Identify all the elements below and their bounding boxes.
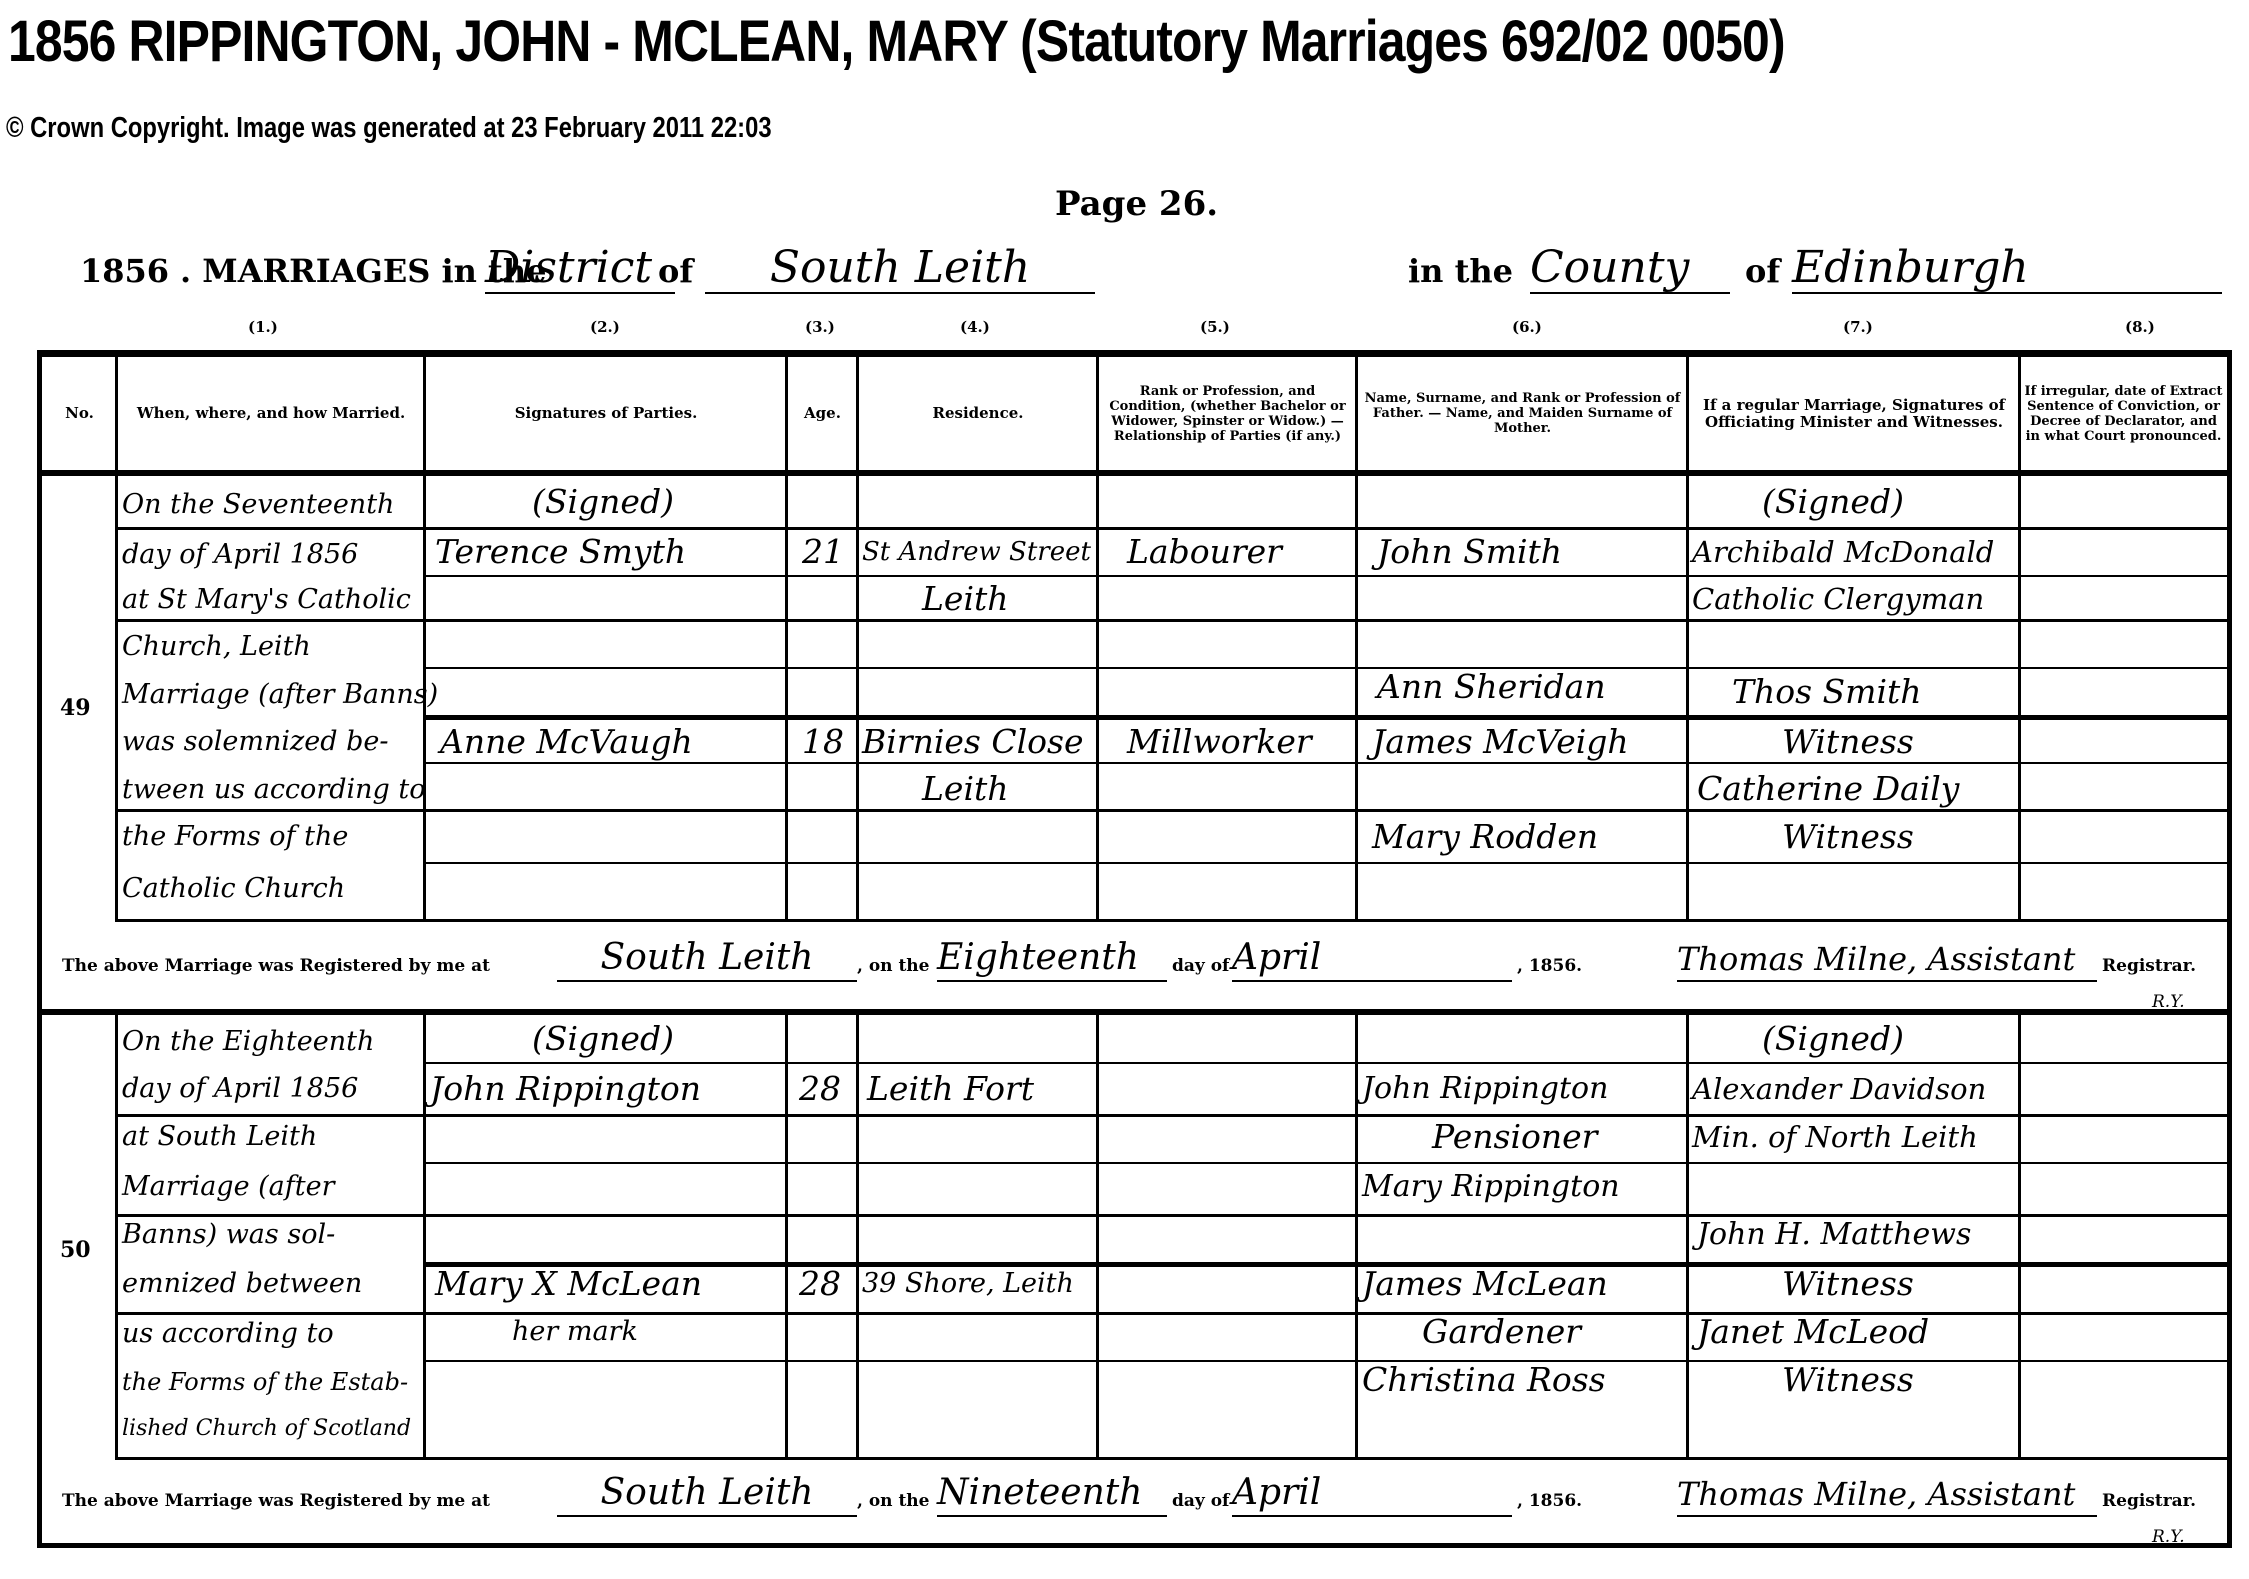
marriage-details-line: us according to	[122, 1314, 334, 1354]
registration-place: South Leith	[557, 1472, 857, 1517]
registration-month: April	[1232, 1472, 1512, 1517]
bride-father: James McLean	[1362, 1264, 1608, 1304]
minister-title: Min. of North Leith	[1692, 1117, 1978, 1157]
marriage-details-line: Marriage (after Banns)	[122, 675, 438, 715]
bride-mother: Mary Rodden	[1372, 817, 1598, 857]
header-minister-witnesses: If a regular Marriage, Signatures of Off…	[1688, 357, 2020, 476]
marriage-details-line: tween us according to	[122, 770, 426, 810]
column-number-6: (6.)	[1512, 318, 1542, 336]
marriage-details-line: Banns) was sol-	[122, 1215, 335, 1255]
registrar-label: Registrar.	[2102, 956, 2196, 976]
witness-2-label: Witness	[1782, 1360, 1914, 1400]
officiating-minister: Alexander Davidson	[1692, 1069, 1986, 1109]
bride-residence: Birnies Close	[862, 722, 1083, 762]
bride-signature: Anne McVaugh	[440, 722, 693, 762]
bride-mark-note: her mark	[512, 1312, 638, 1352]
marriage-details-line: Marriage (after	[122, 1167, 335, 1207]
header-no: No.	[42, 357, 117, 476]
ruled-line	[117, 619, 2227, 622]
groom-age: 28	[799, 1069, 841, 1109]
registration-line: The above Marriage was Registered by me …	[62, 932, 2212, 982]
county-name: Edinburgh	[1792, 242, 2222, 294]
marriage-details-line: the Forms of the	[122, 817, 348, 857]
marriage-details-line: On the Seventeenth	[122, 485, 394, 525]
header-parents: Name, Surname, and Rank or Profession of…	[1357, 357, 1688, 476]
column-number-8: (8.)	[2125, 318, 2155, 336]
page-number: Page 26.	[1055, 184, 1218, 224]
header-when-where-how: When, where, and how Married.	[117, 357, 425, 476]
registration-day: Eighteenth	[937, 937, 1167, 982]
groom-residence: Leith Fort	[867, 1069, 1034, 1109]
bride-residence: 39 Shore, Leith	[862, 1264, 1074, 1304]
witness-2: Janet McLeod	[1697, 1312, 1929, 1352]
witness-1: John H. Matthews	[1697, 1215, 1971, 1255]
marriage-details-line: On the Eighteenth	[122, 1022, 374, 1062]
divider	[423, 1015, 426, 1460]
registration-day-of: day of	[1172, 1491, 1229, 1511]
groom-signature: John Rippington	[430, 1069, 701, 1109]
marriage-details-line: emnized between	[122, 1264, 362, 1304]
bride-age: 18	[802, 722, 844, 762]
ruled-line	[425, 575, 2227, 577]
registration-day-of: day of	[1172, 956, 1229, 976]
record-title: 1856 RIPPINGTON, JOHN - MCLEAN, MARY (St…	[8, 8, 1785, 75]
officiating-minister: Archibald McDonald	[1692, 532, 1994, 572]
signed-note: (Signed)	[532, 1019, 674, 1059]
bride-residence-town: Leith	[922, 769, 1009, 809]
ruled-line	[425, 1162, 2227, 1164]
divider	[1686, 1015, 1689, 1460]
entry-separator	[42, 1009, 2227, 1015]
registrar-name: Thomas Milne, Assistant	[1677, 940, 2097, 982]
signed-note: (Signed)	[532, 482, 674, 522]
heading-of-2: of	[1745, 252, 1780, 290]
ruled-line	[425, 1062, 2227, 1064]
groom-residence: St Andrew Street	[862, 532, 1091, 572]
column-number-7: (7.)	[1843, 318, 1873, 336]
groom-residence-town: Leith	[922, 579, 1009, 619]
divider	[1096, 357, 1099, 922]
marriage-details-line: at St Mary's Catholic	[122, 580, 411, 620]
registration-line: The above Marriage was Registered by me …	[62, 1467, 2212, 1517]
marriage-details-line: Church, Leith	[122, 627, 311, 667]
divider	[1096, 1015, 1099, 1460]
marriage-details-line: day of April 1856	[122, 535, 358, 575]
copyright-notice: © Crown Copyright. Image was generated a…	[6, 112, 772, 145]
officiant-signed-note: (Signed)	[1762, 1019, 1904, 1059]
divider	[2018, 1015, 2021, 1460]
ruled-line	[117, 919, 2227, 922]
district-name: South Leith	[705, 242, 1095, 294]
column-number-3: (3.)	[805, 318, 835, 336]
marriage-details-line: Catholic Church	[122, 869, 345, 909]
bride-rank: Millworker	[1127, 722, 1312, 762]
ruled-line	[117, 1457, 2227, 1460]
ruled-line	[425, 667, 2227, 669]
ruled-line	[425, 762, 2227, 764]
groom-age: 21	[802, 532, 844, 572]
header-age: Age.	[787, 357, 858, 476]
registration-prefix: The above Marriage was Registered by me …	[62, 1491, 490, 1511]
registration-month: April	[1232, 937, 1512, 982]
marriage-register-table: No. When, where, and how Married. Signat…	[37, 350, 2232, 1548]
groom-mother: Ann Sheridan	[1377, 667, 1606, 707]
groom-signature: Terence Smyth	[435, 532, 686, 572]
minister-title: Catholic Clergyman	[1692, 579, 1984, 619]
witness-1-label: Witness	[1782, 1264, 1914, 1304]
header-residence: Residence.	[858, 357, 1098, 476]
ruled-line	[425, 1360, 2227, 1362]
divider	[115, 1015, 118, 1460]
bride-age: 28	[799, 1264, 841, 1304]
divider	[785, 357, 788, 922]
entry-number: 49	[60, 695, 91, 721]
marriage-details-line: lished Church of Scotland	[122, 1409, 411, 1449]
heading-in-the: in the	[1408, 252, 1513, 290]
marriage-details-line: at South Leith	[122, 1117, 317, 1157]
groom-father: John Rippington	[1362, 1069, 1608, 1109]
ruled-line	[425, 715, 2227, 720]
divider	[1355, 357, 1358, 922]
bride-father-rank: Gardener	[1422, 1312, 1581, 1352]
bride-father: James McVeigh	[1372, 722, 1629, 762]
register-heading: 1856 . MARRIAGES in the District of Sout…	[80, 242, 2230, 302]
registrar-initials: R.Y.	[2152, 1527, 2185, 1547]
ruled-line	[425, 862, 2227, 864]
divider	[856, 357, 859, 922]
marriage-details-line: day of April 1856	[122, 1069, 358, 1109]
marriage-details-line: was solemnized be-	[122, 722, 388, 762]
groom-father: John Smith	[1377, 532, 1562, 572]
column-number-1: (1.)	[248, 318, 278, 336]
bride-mother: Christina Ross	[1362, 1360, 1606, 1400]
groom-rank: Labourer	[1127, 532, 1282, 572]
witness-1: Thos Smith	[1732, 672, 1922, 712]
ruled-line	[117, 527, 2227, 530]
divider	[1355, 1015, 1358, 1460]
groom-father-rank: Pensioner	[1432, 1117, 1597, 1157]
divider	[1686, 357, 1689, 922]
county-label: County	[1530, 242, 1730, 294]
registration-prefix: The above Marriage was Registered by me …	[62, 956, 490, 976]
divider	[115, 357, 118, 922]
registration-on-the: , on the	[857, 1491, 929, 1511]
divider	[423, 357, 426, 922]
registration-on-the: , on the	[857, 956, 929, 976]
header-signatures: Signatures of Parties.	[425, 357, 787, 476]
divider	[785, 1015, 788, 1460]
witness-2-label: Witness	[1782, 817, 1914, 857]
registrar-name: Thomas Milne, Assistant	[1677, 1475, 2097, 1517]
header-irregular: If irregular, date of Extract Sentence o…	[2020, 357, 2227, 476]
divider	[2018, 357, 2021, 922]
heading-of-1: of	[658, 252, 693, 290]
groom-mother: Mary Rippington	[1362, 1167, 1620, 1207]
witness-1-label: Witness	[1782, 722, 1914, 762]
column-number-2: (2.)	[590, 318, 620, 336]
marriage-details-line: the Forms of the Estab-	[122, 1362, 408, 1402]
officiant-signed-note: (Signed)	[1762, 482, 1904, 522]
registration-year: , 1856.	[1517, 956, 1582, 976]
column-number-5: (5.)	[1200, 318, 1230, 336]
registration-year: , 1856.	[1517, 1491, 1582, 1511]
registration-place: South Leith	[557, 937, 857, 982]
bride-signature: Mary X McLean	[435, 1264, 702, 1304]
district-label: District	[485, 242, 675, 294]
registration-day: Nineteenth	[937, 1472, 1167, 1517]
header-rank-condition: Rank or Profession, and Condition, (whet…	[1098, 357, 1357, 476]
divider	[856, 1015, 859, 1460]
register-year: 1856	[80, 252, 169, 290]
registrar-label: Registrar.	[2102, 1491, 2196, 1511]
ruled-line	[117, 809, 2227, 812]
witness-2: Catherine Daily	[1697, 769, 1959, 809]
entry-number: 50	[60, 1237, 91, 1263]
column-number-4: (4.)	[960, 318, 990, 336]
